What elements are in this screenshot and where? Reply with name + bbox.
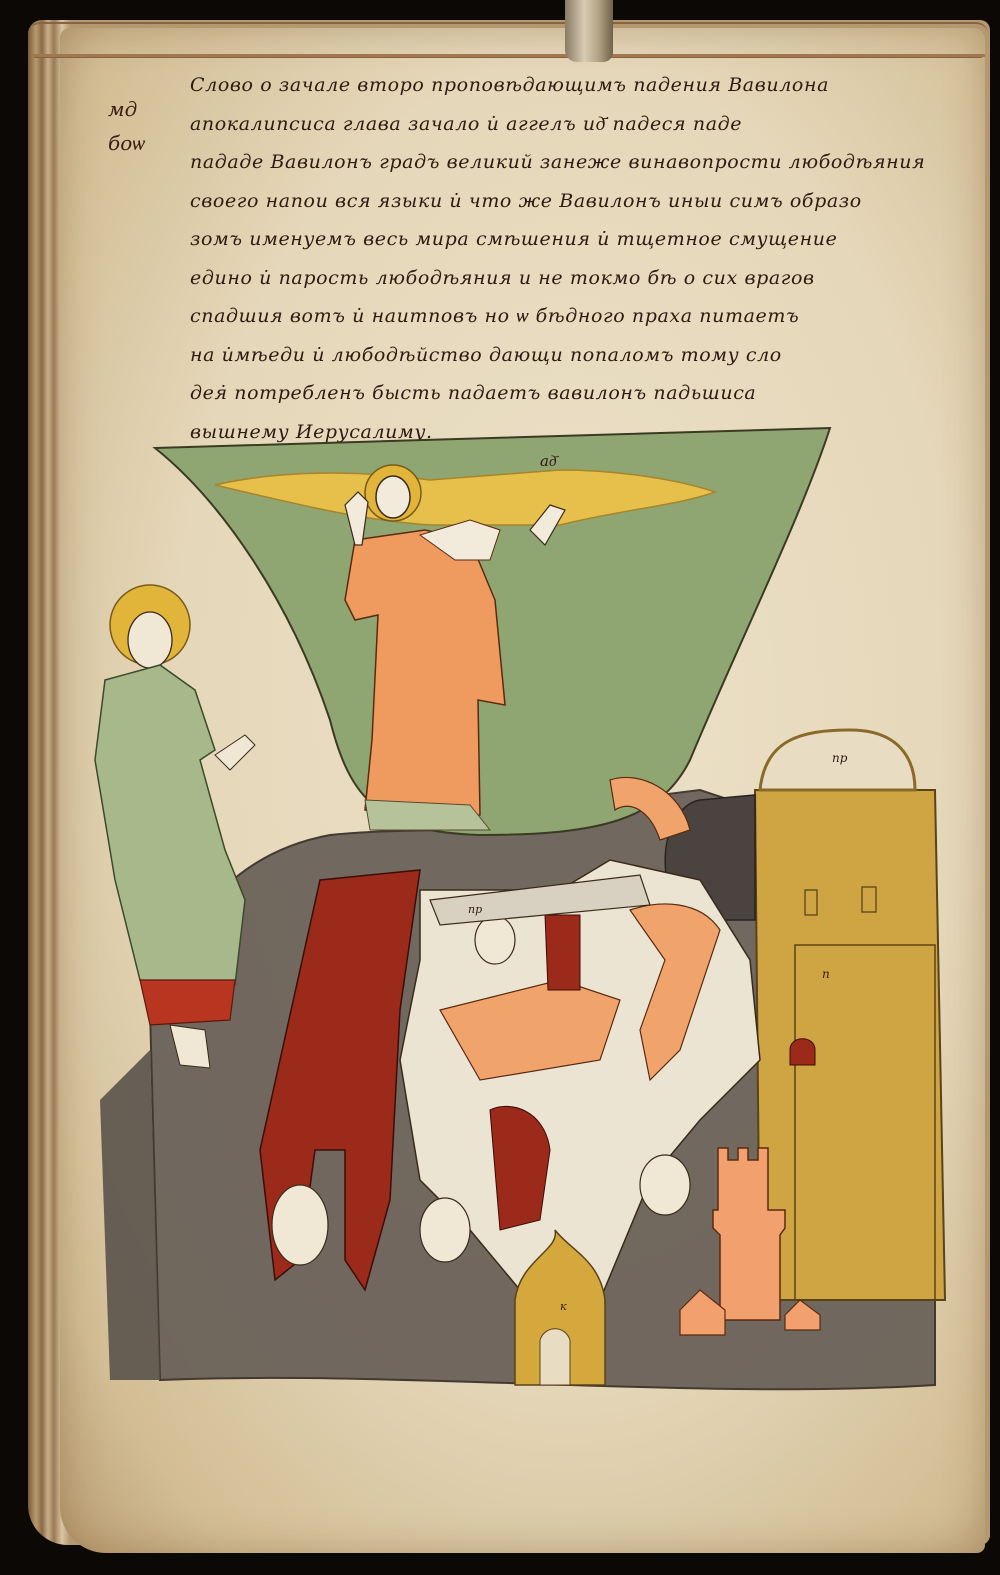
- tower-top-label: пр: [832, 751, 848, 765]
- tower-window-label: п: [822, 967, 830, 981]
- rubble-label: пр: [468, 903, 482, 916]
- church-label: к: [560, 1300, 567, 1313]
- apostle-robe: [95, 665, 245, 985]
- miniature-illustration: ад҃ пр п пр к: [0, 0, 1000, 1575]
